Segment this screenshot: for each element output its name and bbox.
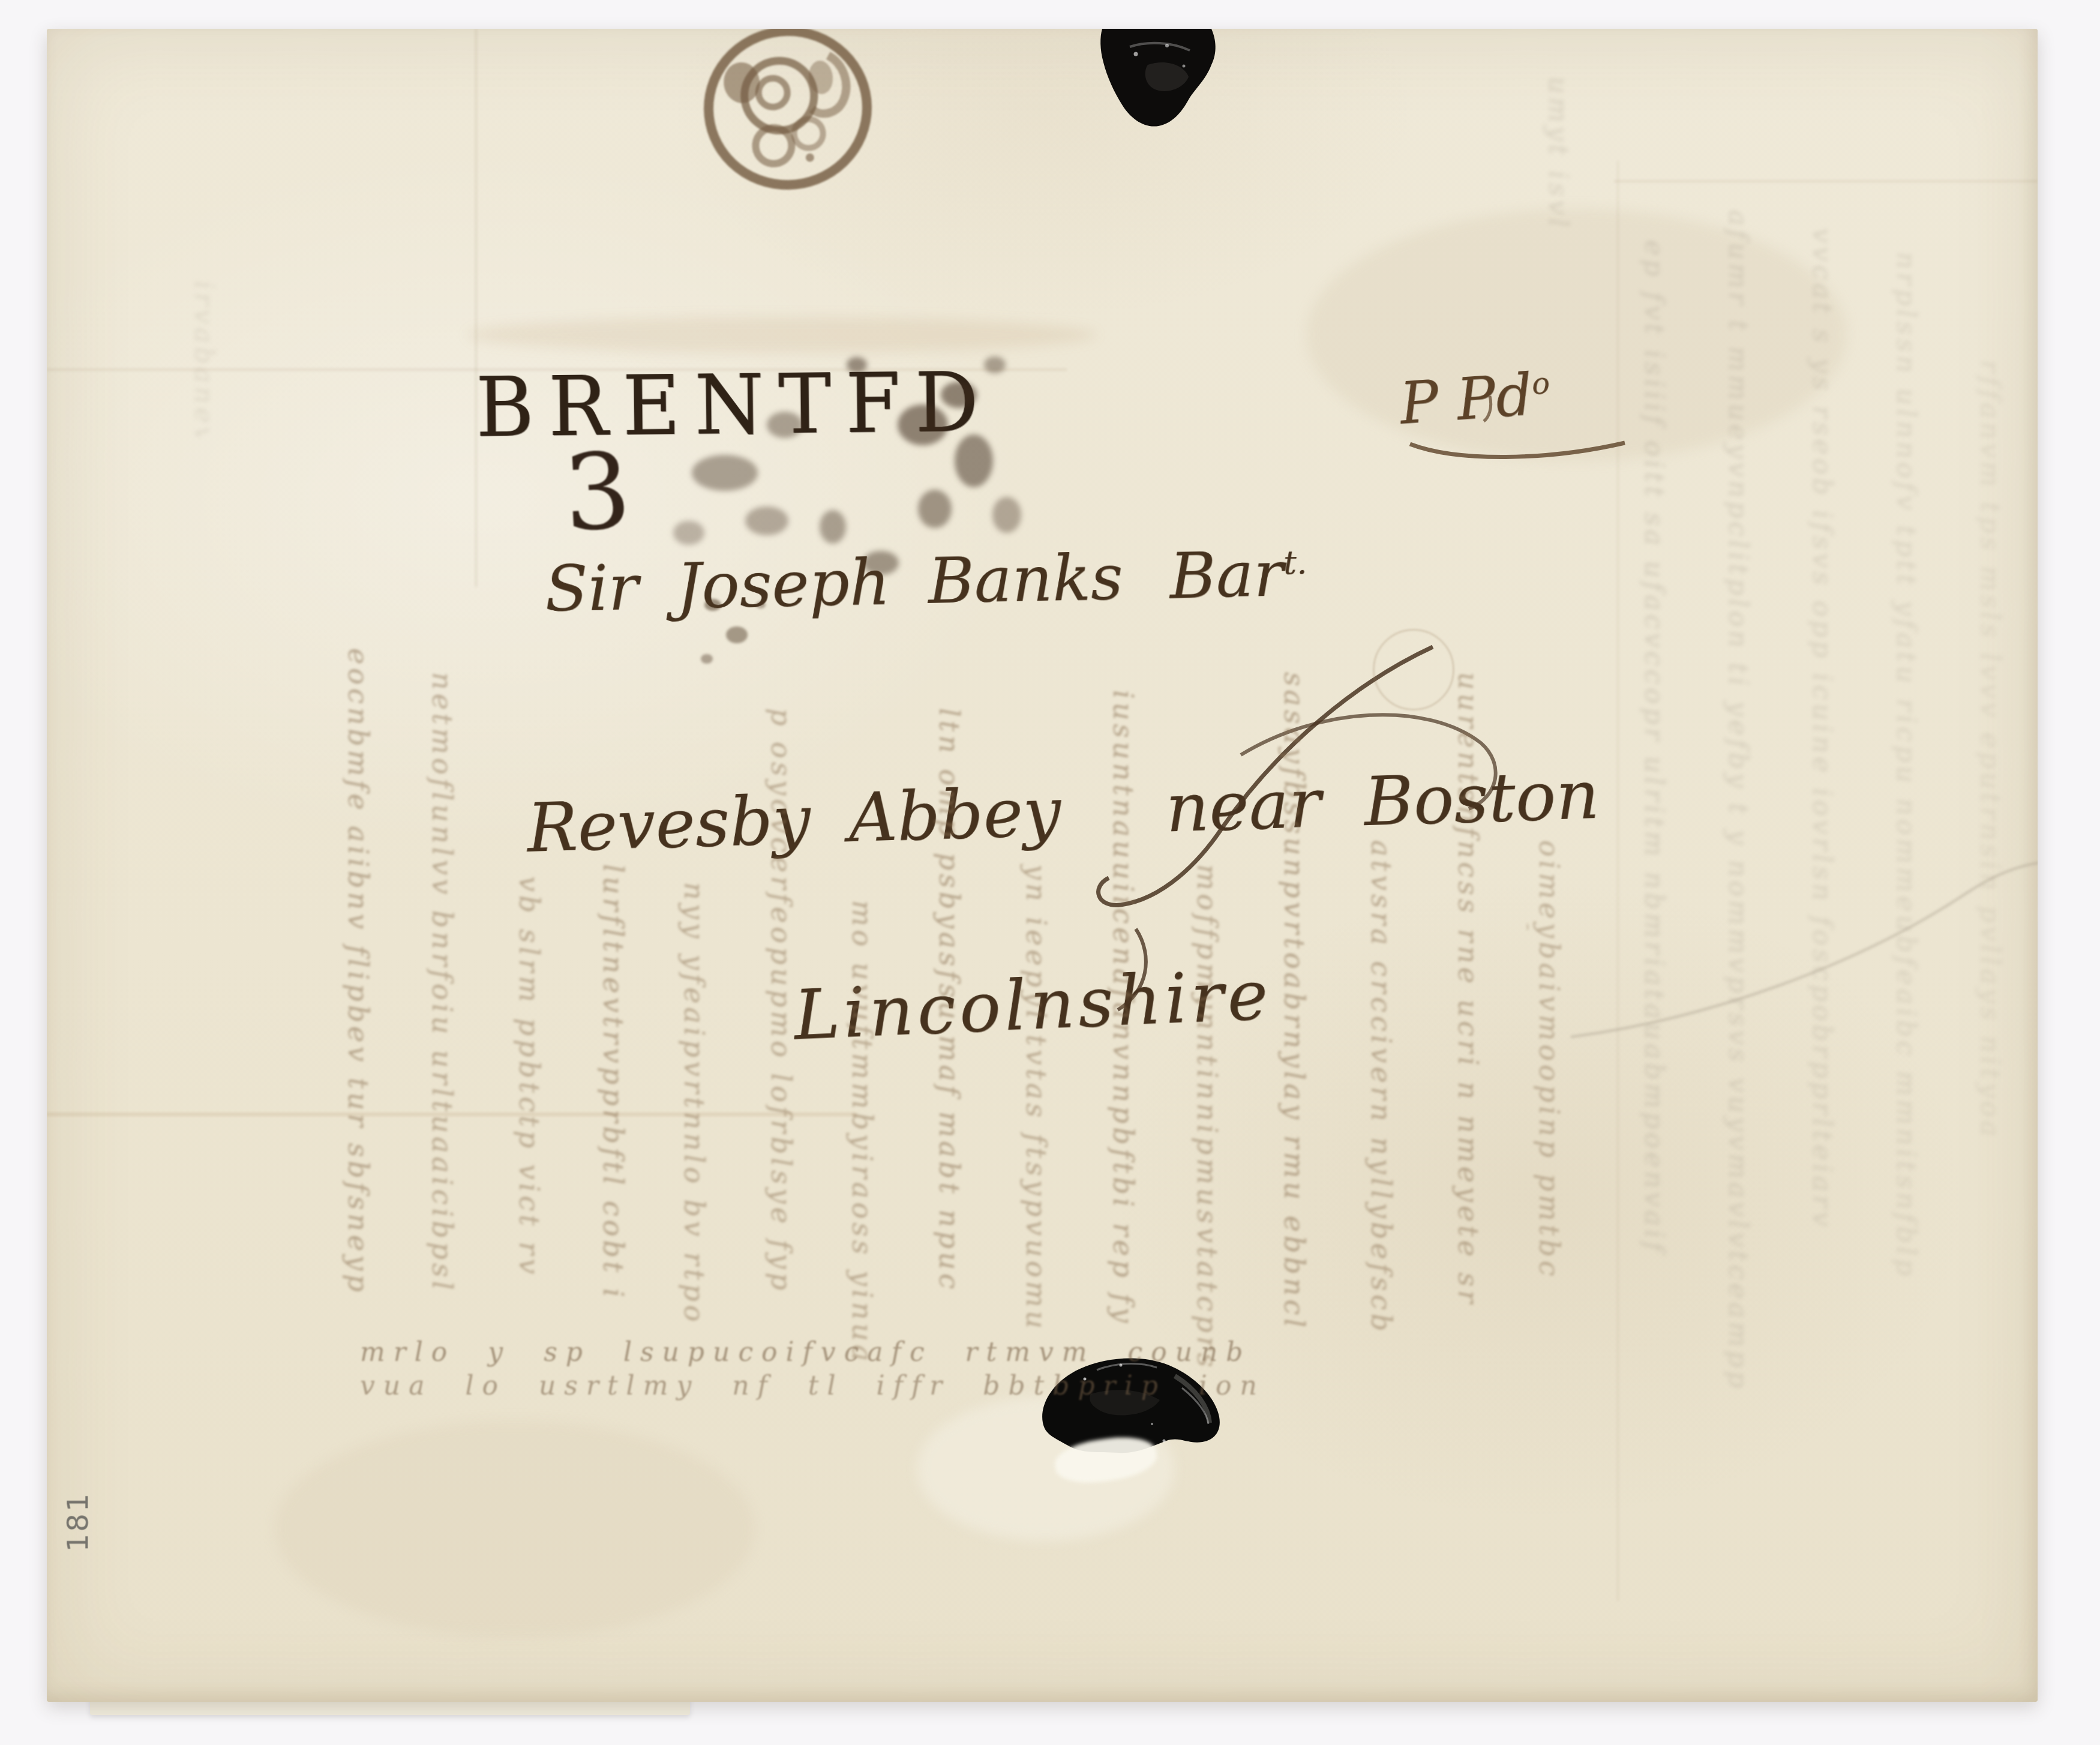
ghost-writing-column: iusuntnauuiicenafanvnnpbftbi rep fy — [1101, 690, 1139, 1380]
fold-crease-horizontal — [1614, 180, 2038, 182]
circular-datestamp-postmark — [689, 29, 887, 207]
ghost-writing-column: nyy yfeaipvrtnnlo bv rtpo — [672, 882, 710, 1380]
ghost-writing-row: vua lo usrtlmy nf tl iffr bbtbprip ion t… — [360, 1371, 1272, 1410]
ghost-writing-column: vb slrm ppbtctp vict rv — [507, 876, 545, 1380]
ghost-writing-column: yn ieepyi tvtas ftsypvuomu — [1014, 864, 1052, 1380]
address-line-1-superscript: t. — [1283, 543, 1307, 582]
ghost-writing-column: atvsra crccivern nyllybefscb — [1359, 840, 1397, 1380]
paper-stain — [275, 1421, 755, 1637]
ghost-writing-column: ep fvt isiiif oitt sa ufacvccopr ulritm … — [1632, 240, 1669, 1410]
fold-crease-vertical — [475, 29, 477, 587]
ghost-writing-column: moffpmynntinnipmusvtatcprs — [1185, 864, 1223, 1380]
ghost-writing-column: lurfltnevtrvpprbftl cobt i — [591, 864, 629, 1380]
paper-sheet: BRENTFD 3 P Pdo — [47, 29, 2038, 1702]
ghost-writing-column: p osycvcerfeopupmo lofrblsye fyp — [759, 708, 797, 1380]
show-through-curve — [1559, 821, 2038, 1079]
ink-specks — [671, 569, 803, 701]
ghost-writing-column: sasayfbssunpvrtoabrnylay rmu ebbncl — [1272, 672, 1310, 1380]
address-line-1-text: Sir Joseph Banks — [544, 541, 1124, 626]
ghost-writing-column: oimeybaivmoopinp pmtbc rvaef — [1527, 840, 1565, 1380]
pencil-archive-mark: 181 — [61, 1492, 95, 1552]
ghost-writing-column: irvabanev — [182, 281, 219, 437]
ghost-writing-column: rffanvm tps msls lvvv eputrnsin pvllays … — [1968, 360, 2005, 1230]
ghost-writing-column: mo uvuftmmbyiraoss yinua — [840, 900, 878, 1380]
ghost-writing-column: vvcat s ys rseob ifsvs opp icuine iovrls… — [1800, 228, 1837, 1416]
ghost-writing-column: ltn omp psbyasfsu maf mabt npuc — [927, 708, 965, 1380]
letter-photo: BRENTFD 3 P Pdo — [0, 0, 2100, 1745]
ghost-writing-column: nrplssn ulnnofv tptt yfatu ricpu nommeub… — [1884, 252, 1921, 1362]
embossed-seal-impression — [1373, 629, 1454, 710]
ghost-writing-column: umyt isvl — [1536, 77, 1573, 257]
ghost-writing-column: afumr t mmueyvnpclitplon ti yefby t y no… — [1716, 210, 1753, 1440]
ghost-writing-column: uurentsnfncss rne ucri n nmeyete sr — [1446, 672, 1484, 1380]
ghost-writing-column: netmoflunlvv bnrfoiu urltuaaicibpsl — [420, 672, 458, 1380]
wax-seal-top — [1094, 29, 1232, 149]
ghost-writing-column: eocnbmfe aiibnv flipbev tur sbfsneyp — [336, 648, 374, 1380]
